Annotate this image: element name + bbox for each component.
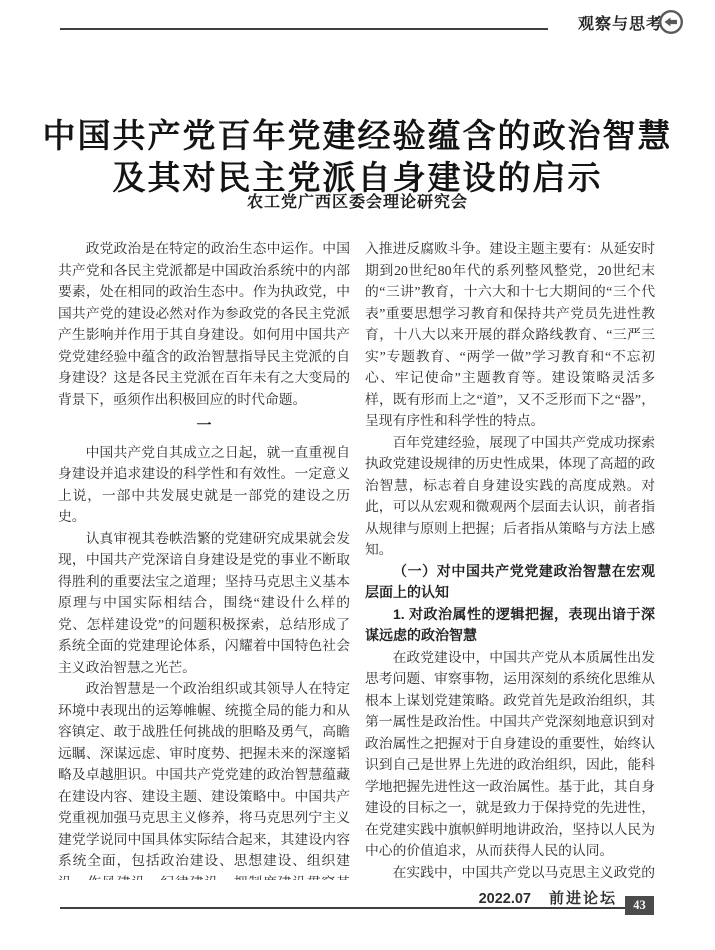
section-number-heading: 一 <box>58 415 350 437</box>
section-label: 观察与思考 <box>578 11 663 34</box>
paragraph: 政党政治是在特定的政治生态中运作。中国共产党和各民主党派都是中国政治系统中的内部… <box>58 238 350 410</box>
right-column: 入推进反腐败斗争。建设主题主要有：从延安时期到20世纪80年代的系列整风整党，2… <box>365 238 655 880</box>
left-column: 政党政治是在特定的政治生态中运作。中国共产党和各民主党派都是中国政治系统中的内部… <box>58 238 350 880</box>
paragraph: 认真审视其卷帙浩繁的党建研究成果就会发现，中国共产党深谙自身建设是党的事业不断取… <box>58 528 350 679</box>
footer-meta: 2022.07 前进论坛 <box>300 887 617 908</box>
paragraph-continuation: 入推进反腐败斗争。建设主题主要有：从延安时期到20世纪80年代的系列整风整党，2… <box>365 238 655 432</box>
journal-name: 前进论坛 <box>549 891 617 907</box>
journal-page: 观察与思考 中国共产党百年党建经验蕴含的政治智慧 及其对民主党派自身建设的启示 … <box>0 0 715 950</box>
circled-left-arrow-icon <box>658 9 684 35</box>
page-number-badge: 43 <box>625 896 654 915</box>
author-byline: 农工党广西区委会理论研究会 <box>0 189 715 212</box>
paragraph: 政治智慧是一个政治组织或其领导人在特定环境中表现出的运筹帷幄、统揽全局的能力和从… <box>58 678 350 880</box>
article-body: 政党政治是在特定的政治生态中运作。中国共产党和各民主党派都是中国政治系统中的内部… <box>58 238 655 880</box>
paragraph: 在实践中，中国共产党以马克思主义政党的本质属性为依据，把政治建设作为根本性建设， <box>365 862 655 881</box>
article-title-line1: 中国共产党百年党建经验蕴含的政治智慧 <box>43 117 673 154</box>
paragraph: 在政党建设中，中国共产党从本质属性出发思考问题、审察事物，运用深刻的系统化思维从… <box>365 647 655 862</box>
article-title: 中国共产党百年党建经验蕴含的政治智慧 及其对民主党派自身建设的启示 <box>0 115 715 199</box>
paragraph: 百年党建经验，展现了中国共产党成功探索执政党建设规律的历史性成果，体现了高超的政… <box>365 432 655 561</box>
paragraph: 中国共产党自其成立之日起，就一直重视自身建设并追求建设的科学性和有效性。一定意义… <box>58 442 350 528</box>
header-rule <box>60 28 548 30</box>
subsection-heading: （一）对中国共产党党建政治智慧在宏观层面上的认知 <box>365 561 655 604</box>
subsection-heading: 1. 对政治属性的逻辑把握，表现出谙于深谋远虑的政治智慧 <box>365 604 655 647</box>
issue-date: 2022.07 <box>479 891 531 907</box>
